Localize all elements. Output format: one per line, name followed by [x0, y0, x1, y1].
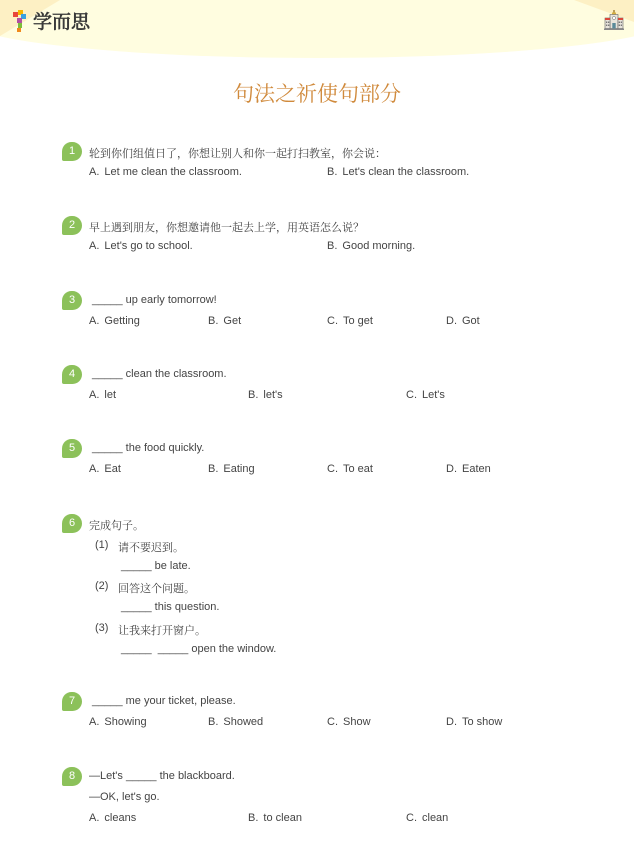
question-stem: _____ me your ticket, please.: [92, 695, 236, 707]
option-b[interactable]: B.Get: [208, 315, 241, 327]
question-number-badge: 7: [62, 692, 82, 711]
option-a[interactable]: A.Let's go to school.: [89, 240, 193, 252]
question-stem: —Let's _____ the blackboard.: [89, 770, 235, 782]
school-building-icon: [604, 10, 624, 30]
option-d[interactable]: D.To show: [446, 716, 502, 728]
sub-question-1-answer[interactable]: _____ be late.: [121, 560, 191, 572]
option-d[interactable]: D.Got: [446, 315, 480, 327]
question-stem: _____ the food quickly.: [92, 442, 204, 454]
option-a[interactable]: A.let: [89, 389, 116, 401]
option-c[interactable]: C.Let's: [406, 389, 445, 401]
question-number-badge: 4: [62, 365, 82, 384]
option-a[interactable]: A.Getting: [89, 315, 140, 327]
option-c[interactable]: C.Show: [327, 716, 371, 728]
option-c[interactable]: C.To get: [327, 315, 373, 327]
option-b[interactable]: B.Showed: [208, 716, 263, 728]
sub-question-2-label: (2): [95, 580, 108, 592]
question-number-badge: 8: [62, 767, 82, 786]
question-number-badge: 3: [62, 291, 82, 310]
option-a[interactable]: A.Let me clean the classroom.: [89, 166, 242, 178]
option-b[interactable]: B.let's: [248, 389, 283, 401]
sub-question-3-label: (3): [95, 622, 108, 634]
question-stem: 早上遇到朋友，你想邀请他一起去上学，用英语怎么说？: [89, 219, 364, 235]
page-header: 学而思: [0, 0, 634, 60]
option-a[interactable]: A.Showing: [89, 716, 147, 728]
brand-logo: 学而思: [12, 7, 90, 34]
header-band: [0, 0, 634, 58]
question-stem: _____ clean the classroom.: [92, 368, 227, 380]
sub-question-2-chinese: 回答这个问题。: [118, 580, 195, 596]
question-number-badge: 2: [62, 216, 82, 235]
sub-question-2-answer[interactable]: _____ this question.: [121, 601, 219, 613]
question-stem: _____ up early tomorrow!: [92, 294, 217, 306]
brand-name: 学而思: [33, 7, 90, 34]
question-stem: 完成句子。: [89, 517, 144, 533]
option-c[interactable]: C.clean: [406, 812, 448, 824]
option-c[interactable]: C.To eat: [327, 463, 373, 475]
option-b[interactable]: B.to clean: [248, 812, 302, 824]
option-b[interactable]: B.Eating: [208, 463, 255, 475]
option-a[interactable]: A.cleans: [89, 812, 136, 824]
question-number-badge: 5: [62, 439, 82, 458]
question-6: 6 完成句子。 (1) 请不要迟到。 _____ be late. (2) 回答…: [62, 514, 602, 664]
sub-question-1-chinese: 请不要迟到。: [118, 539, 184, 555]
sub-question-3-answer[interactable]: _____ _____ open the window.: [121, 643, 276, 655]
brand-mark-icon: [12, 9, 30, 33]
question-number-badge: 1: [62, 142, 82, 161]
question-dialogue-reply: —OK, let's go.: [89, 791, 160, 803]
sub-question-1-label: (1): [95, 539, 108, 551]
option-d[interactable]: D.Eaten: [446, 463, 491, 475]
question-stem: 轮到你们组值日了，你想让别人和你一起打扫教室，你会说：: [89, 145, 386, 161]
question-number-badge: 6: [62, 514, 82, 533]
sub-question-3-chinese: 让我来打开窗户。: [118, 622, 206, 638]
option-b[interactable]: B.Let's clean the classroom.: [327, 166, 469, 178]
option-a[interactable]: A.Eat: [89, 463, 121, 475]
page-title: 句法之祈使句部分: [0, 78, 634, 108]
option-b[interactable]: B.Good morning.: [327, 240, 415, 252]
